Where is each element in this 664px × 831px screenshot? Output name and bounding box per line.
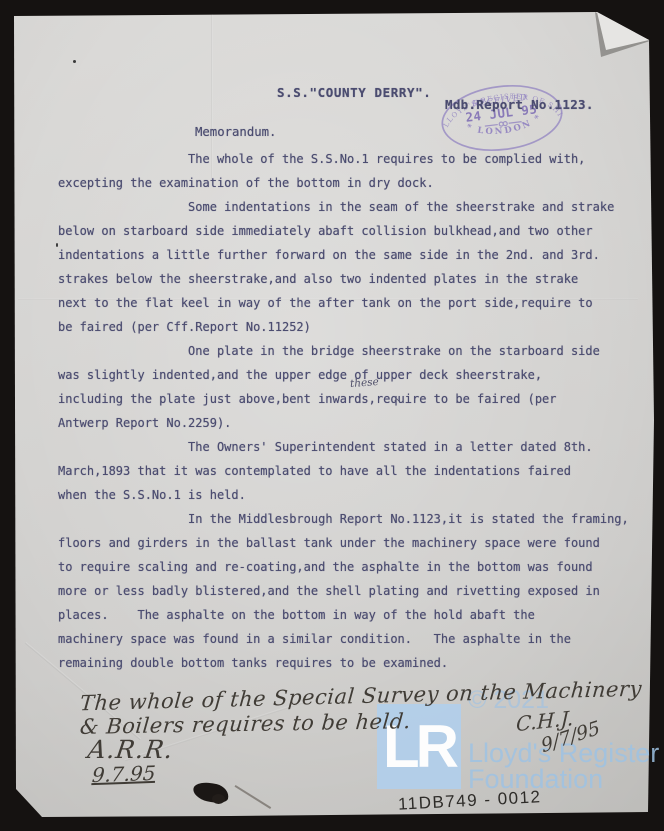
document-title: S.S."COUNTY DERRY". (277, 85, 431, 100)
memo-paragraph: The whole of the S.S.No.1 requires to be… (58, 147, 650, 195)
handwritten-insertion-word: these (350, 376, 380, 390)
paper-speck (73, 60, 76, 63)
memo-paragraph: The Owners' Superintendent stated in a l… (58, 435, 650, 507)
insertion-caret: ^ (394, 398, 399, 408)
handwritten-date-left: 9.7.95 (91, 761, 156, 787)
handwritten-initials-left: A.R.R. (86, 735, 176, 764)
report-reference: Mdb.Report No.1123. (445, 97, 594, 112)
memo-paragraph: Some indentations in the seam of the she… (58, 195, 650, 339)
photo-background: LR © 2021 Lloyd's Register Foundation LL… (0, 0, 664, 831)
memo-body: The whole of the S.S.No.1 requires to be… (58, 147, 650, 675)
ink-blot (212, 794, 225, 804)
memo-paragraph: In the Middlesbrough Report No.1123,it i… (58, 507, 650, 675)
memo-heading: Memorandum. (195, 125, 276, 139)
paper-speck (56, 243, 58, 247)
